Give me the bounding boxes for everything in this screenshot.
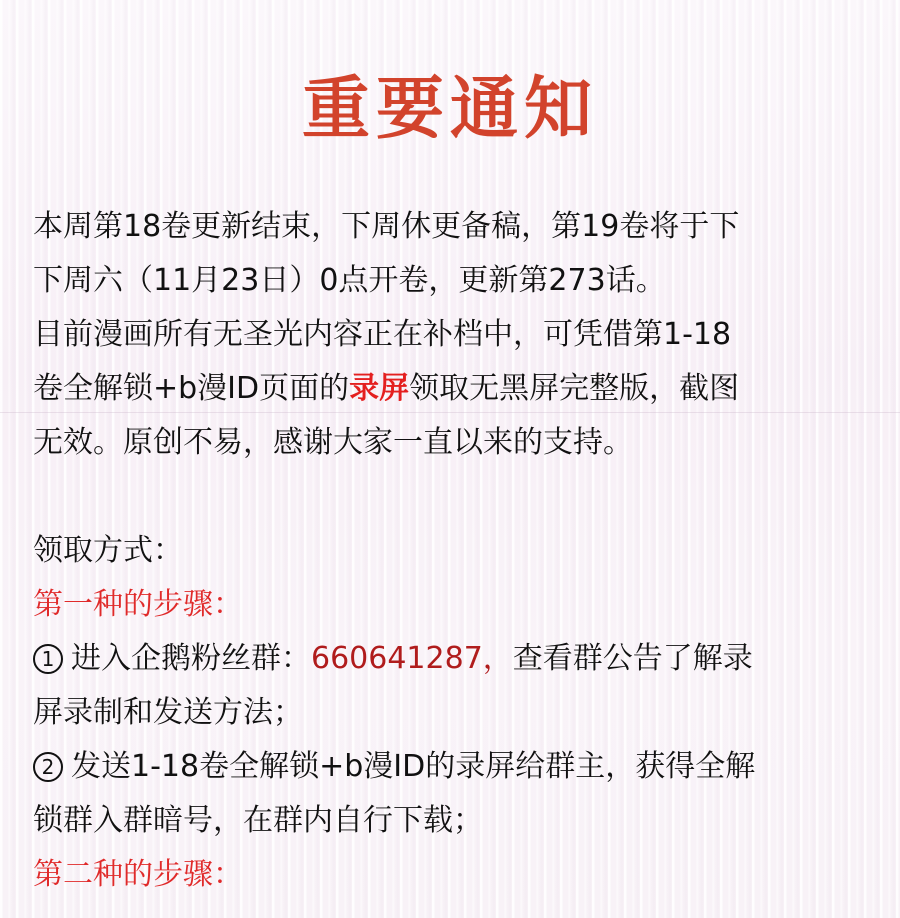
notice-page: 重要通知 本周第18卷更新结束，下周休更备稿，第19卷将于下 下周六（11月23… — [0, 0, 900, 918]
circled-number-icon: 2 — [33, 752, 63, 782]
update-line-1: 本周第18卷更新结束，下周休更备稿，第19卷将于下 — [33, 200, 873, 254]
restore-line-2: 卷全解锁+b漫ID页面的录屏领取无黑屏完整版，截图 — [33, 362, 873, 416]
restore-line-1: 目前漫画所有无圣光内容正在补档中，可凭借第1-18 — [33, 308, 873, 362]
restore-line-3: 无效。原创不易，感谢大家一直以来的支持。 — [33, 416, 873, 470]
method-1-step-1-continuation: 屏录制和发送方法； — [33, 686, 873, 740]
notice-body: 本周第18卷更新结束，下周休更备稿，第19卷将于下 下周六（11月23日）0点开… — [33, 200, 873, 902]
update-line-2: 下周六（11月23日）0点开卷，更新第273话。 — [33, 254, 873, 308]
method-1-step-2-continuation: 锁群入群暗号，在群内自行下载； — [33, 794, 873, 848]
restore-paragraph: 目前漫画所有无圣光内容正在补档中，可凭借第1-18 卷全解锁+b漫ID页面的录屏… — [33, 308, 873, 470]
circled-number-icon: 1 — [33, 644, 63, 674]
step-1-before: 进入企鹅粉丝群： — [71, 641, 311, 676]
method-1-step-1: 1进入企鹅粉丝群：660641287，查看群公告了解录 — [33, 632, 873, 686]
restore-line-2-after: 领取无黑屏完整版，截图 — [409, 371, 739, 406]
update-paragraph: 本周第18卷更新结束，下周休更备稿，第19卷将于下 下周六（11月23日）0点开… — [33, 200, 873, 308]
step-1-after: 查看群公告了解录 — [513, 641, 753, 676]
method-2: 第二种的步骤： — [33, 848, 873, 902]
step-2-text: 发送1-18卷全解锁+b漫ID的录屏给群主，获得全解 — [71, 749, 755, 784]
method-1: 第一种的步骤： 1进入企鹅粉丝群：660641287，查看群公告了解录 屏录制和… — [33, 578, 873, 848]
screen-recording-highlight: 录屏 — [349, 371, 409, 406]
method-1-header: 第一种的步骤： — [33, 578, 873, 632]
paragraph-spacer — [33, 470, 873, 524]
method-1-step-2: 2发送1-18卷全解锁+b漫ID的录屏给群主，获得全解 — [33, 740, 873, 794]
method-2-header: 第二种的步骤： — [33, 848, 873, 902]
notice-title: 重要通知 — [0, 68, 900, 152]
fan-group-number: 660641287， — [311, 641, 513, 676]
method-label: 领取方式： — [33, 524, 873, 578]
restore-line-2-before: 卷全解锁+b漫ID页面的 — [33, 371, 349, 406]
